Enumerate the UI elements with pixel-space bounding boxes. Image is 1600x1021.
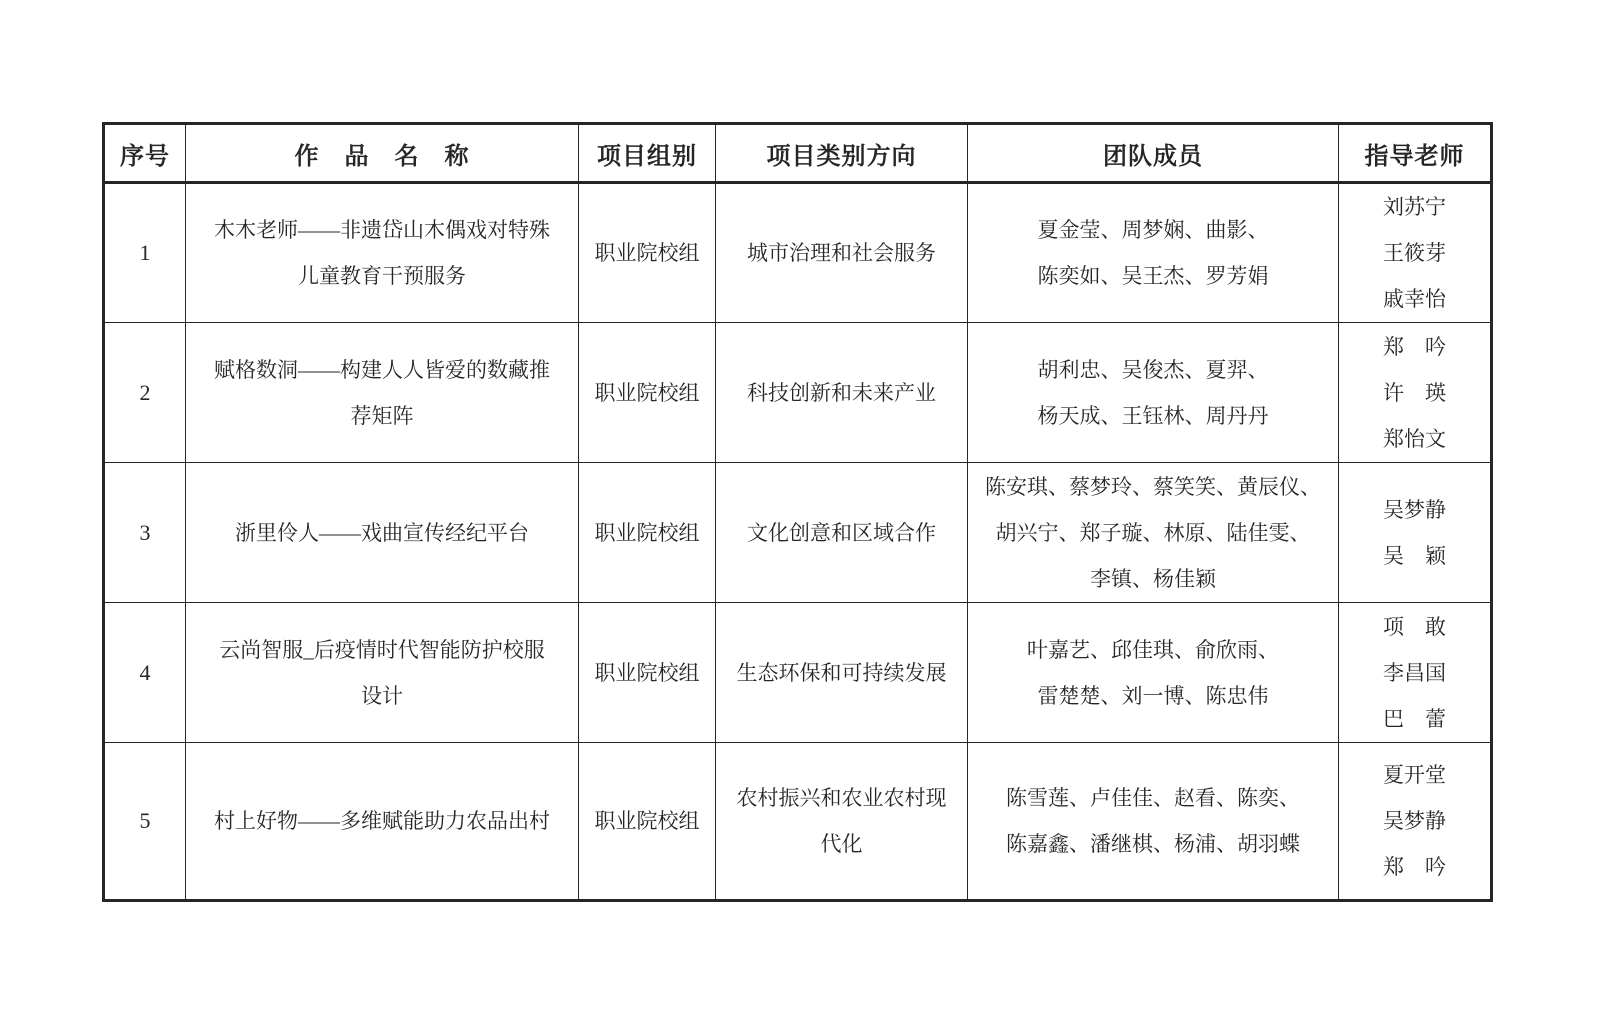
cell-advisors: 夏开堂 吴梦静 郑 吟 [1339,743,1492,901]
advisor-name: 夏开堂 [1345,752,1484,798]
team-members-line: 陈奕如、吴王杰、罗芳娟 [974,253,1332,299]
cell-project-name: 赋格数洞——构建人人皆爱的数藏推 荐矩阵 [186,323,579,463]
cell-seq: 1 [104,183,186,323]
header-team-members: 团队成员 [968,124,1339,183]
project-name-line: 浙里伶人——戏曲宣传经纪平台 [192,510,572,556]
advisor-name: 戚幸怡 [1345,276,1484,322]
team-members-line: 夏金莹、周梦娴、曲影、 [974,207,1332,253]
advisor-name: 郑 吟 [1345,324,1484,370]
team-members-line: 叶嘉艺、邱佳琪、俞欣雨、 [974,627,1332,673]
advisor-name: 王筱芽 [1345,230,1484,276]
cell-project-group: 职业院校组 [579,463,716,603]
advisor-name: 李昌国 [1345,650,1484,696]
project-category-line: 代化 [722,821,961,867]
cell-team-members: 陈安琪、蔡梦玲、蔡笑笑、黄辰仪、 胡兴宁、郑子璇、林原、陆佳雯、 李镇、杨佳颖 [968,463,1339,603]
table-row: 3 浙里伶人——戏曲宣传经纪平台 职业院校组 文化创意和区域合作 陈安琪、蔡梦玲… [104,463,1492,603]
project-name-line: 赋格数洞——构建人人皆爱的数藏推 [192,347,572,393]
header-project-group: 项目组别 [579,124,716,183]
advisor-name: 许 瑛 [1345,370,1484,416]
cell-project-group: 职业院校组 [579,183,716,323]
cell-advisors: 项 敢 李昌国 巴 蕾 [1339,603,1492,743]
team-members-line: 陈安琪、蔡梦玲、蔡笑笑、黄辰仪、 [974,464,1332,510]
table-header-row: 序号 作 品 名 称 项目组别 项目类别方向 团队成员 指导老师 [104,124,1492,183]
project-name-line: 儿童教育干预服务 [192,253,572,299]
cell-team-members: 夏金莹、周梦娴、曲影、 陈奕如、吴王杰、罗芳娟 [968,183,1339,323]
cell-advisors: 刘苏宁 王筱芽 戚幸怡 [1339,183,1492,323]
cell-project-group: 职业院校组 [579,603,716,743]
cell-project-category: 科技创新和未来产业 [716,323,968,463]
project-name-line: 村上好物——多维赋能助力农品出村 [192,798,572,844]
cell-project-category: 文化创意和区域合作 [716,463,968,603]
cell-team-members: 陈雪莲、卢佳佳、赵看、陈奕、 陈嘉鑫、潘继棋、杨浦、胡羽蝶 [968,743,1339,901]
project-name-line: 荐矩阵 [192,393,572,439]
advisor-name: 郑怡文 [1345,416,1484,462]
cell-seq: 5 [104,743,186,901]
cell-project-category: 生态环保和可持续发展 [716,603,968,743]
cell-team-members: 叶嘉艺、邱佳琪、俞欣雨、 雷楚楚、刘一博、陈忠伟 [968,603,1339,743]
advisor-name: 刘苏宁 [1345,184,1484,230]
project-name-line: 云尚智服_后疫情时代智能防护校服 [192,627,572,673]
project-category-line: 科技创新和未来产业 [722,370,961,416]
project-group-text: 职业院校组 [585,230,709,276]
project-group-text: 职业院校组 [585,650,709,696]
cell-project-group: 职业院校组 [579,323,716,463]
cell-seq: 3 [104,463,186,603]
cell-seq: 4 [104,603,186,743]
cell-advisors: 吴梦静 吴 颖 [1339,463,1492,603]
header-project-category: 项目类别方向 [716,124,968,183]
cell-project-name: 木木老师——非遗岱山木偶戏对特殊 儿童教育干预服务 [186,183,579,323]
team-members-line: 杨天成、王钰林、周丹丹 [974,393,1332,439]
team-members-line: 雷楚楚、刘一博、陈忠伟 [974,673,1332,719]
team-members-line: 胡兴宁、郑子璇、林原、陆佳雯、 [974,510,1332,556]
advisor-name: 吴 颖 [1345,533,1484,579]
project-category-line: 生态环保和可持续发展 [722,650,961,696]
table-row: 1 木木老师——非遗岱山木偶戏对特殊 儿童教育干预服务 职业院校组 城市治理和社… [104,183,1492,323]
project-name-line: 木木老师——非遗岱山木偶戏对特殊 [192,207,572,253]
cell-project-group: 职业院校组 [579,743,716,901]
table-row: 2 赋格数洞——构建人人皆爱的数藏推 荐矩阵 职业院校组 科技创新和未来产业 胡… [104,323,1492,463]
project-group-text: 职业院校组 [585,510,709,556]
projects-table-container: 序号 作 品 名 称 项目组别 项目类别方向 团队成员 指导老师 1 木木老师—… [102,122,1493,902]
project-category-line: 农村振兴和农业农村现 [722,775,961,821]
table-row: 4 云尚智服_后疫情时代智能防护校服 设计 职业院校组 生态环保和可持续发展 叶… [104,603,1492,743]
team-members-line: 陈雪莲、卢佳佳、赵看、陈奕、 [974,775,1332,821]
header-project-name: 作 品 名 称 [186,124,579,183]
cell-project-name: 村上好物——多维赋能助力农品出村 [186,743,579,901]
project-name-line: 设计 [192,673,572,719]
table-row: 5 村上好物——多维赋能助力农品出村 职业院校组 农村振兴和农业农村现 代化 陈… [104,743,1492,901]
team-members-line: 李镇、杨佳颖 [974,556,1332,602]
project-group-text: 职业院校组 [585,798,709,844]
cell-seq: 2 [104,323,186,463]
cell-project-category: 农村振兴和农业农村现 代化 [716,743,968,901]
cell-team-members: 胡利忠、吴俊杰、夏羿、 杨天成、王钰林、周丹丹 [968,323,1339,463]
advisor-name: 吴梦静 [1345,487,1484,533]
advisor-name: 吴梦静 [1345,798,1484,844]
cell-project-category: 城市治理和社会服务 [716,183,968,323]
header-seq: 序号 [104,124,186,183]
project-group-text: 职业院校组 [585,370,709,416]
advisor-name: 项 敢 [1345,604,1484,650]
page: 序号 作 品 名 称 项目组别 项目类别方向 团队成员 指导老师 1 木木老师—… [0,0,1600,1021]
team-members-line: 陈嘉鑫、潘继棋、杨浦、胡羽蝶 [974,821,1332,867]
project-category-line: 城市治理和社会服务 [722,230,961,276]
advisor-name: 郑 吟 [1345,844,1484,890]
cell-project-name: 云尚智服_后疫情时代智能防护校服 设计 [186,603,579,743]
cell-project-name: 浙里伶人——戏曲宣传经纪平台 [186,463,579,603]
header-advisors: 指导老师 [1339,124,1492,183]
project-category-line: 文化创意和区域合作 [722,510,961,556]
projects-table: 序号 作 品 名 称 项目组别 项目类别方向 团队成员 指导老师 1 木木老师—… [102,122,1493,902]
cell-advisors: 郑 吟 许 瑛 郑怡文 [1339,323,1492,463]
advisor-name: 巴 蕾 [1345,696,1484,742]
team-members-line: 胡利忠、吴俊杰、夏羿、 [974,347,1332,393]
